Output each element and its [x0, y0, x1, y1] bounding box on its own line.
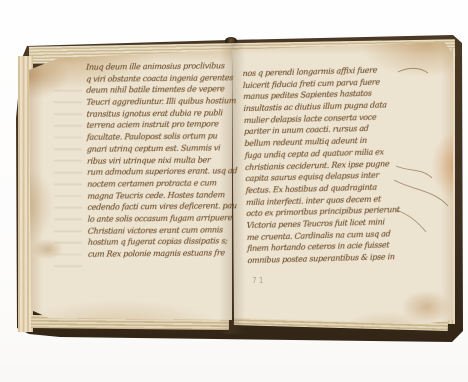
manuscript-text-line: gnari utrinq ceptum est. Summis vi [87, 142, 230, 155]
folio-number: 71 [252, 276, 266, 285]
manuscript-text-line: noctem certamen protracta e cum [87, 177, 230, 190]
manuscript-photo: Inuq deum ille animosius proclivibusq vi… [0, 0, 468, 382]
right-page-text-block: nos q perendi longarmis affixi fuereluic… [242, 64, 403, 267]
manuscript-text-line: Inuq deum ille animosius proclivibus [86, 60, 229, 73]
manuscript-text-line: cum Rex polonie magnis estuans fre [88, 247, 231, 260]
ink-bleedthrough [54, 90, 82, 272]
marginal-pen-flourishes [394, 64, 466, 274]
manuscript-text-line: lo ante solis occasum fugam arripuere [87, 212, 230, 225]
left-page-text-block: Inuq deum ille animosius proclivibusq vi… [86, 60, 230, 260]
